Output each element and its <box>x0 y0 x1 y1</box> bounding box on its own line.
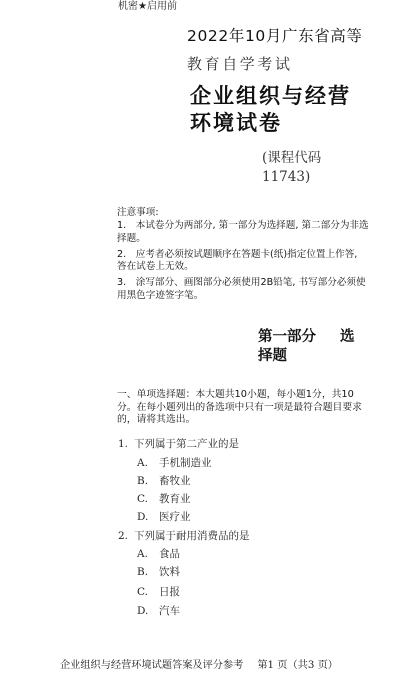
exam-notice: 注意事项: 1. 本试卷分为两部分, 第一部分为选择题, 第二部分为非选择题。 … <box>117 207 369 306</box>
option-text: 日报 <box>159 586 180 598</box>
option-2d: D.汽车 <box>137 603 180 618</box>
option-2b: B.饮料 <box>137 564 180 579</box>
option-1d: D.医疗业 <box>137 509 191 524</box>
option-letter: D. <box>137 511 159 523</box>
exam-date: 2022年10月 <box>187 27 282 45</box>
course-code: (课程代码11743) <box>262 149 342 187</box>
notice-item: 3. 涂写部分、画图部分必须使用2B铅笔, 书写部分必须使用黑色字迹签字笔。 <box>117 277 369 302</box>
option-text: 医疗业 <box>159 511 191 523</box>
option-letter: D. <box>137 605 159 617</box>
option-2c: C.日报 <box>137 584 180 599</box>
part-one-title: 第一部分选择题 <box>258 328 368 366</box>
option-letter: C. <box>137 586 159 598</box>
option-text: 手机制造业 <box>159 457 212 469</box>
option-1b: B.畜牧业 <box>137 473 191 488</box>
option-letter: C. <box>137 493 159 505</box>
confidential-label: 机密★启用前 <box>118 0 177 12</box>
option-letter: A. <box>137 457 159 469</box>
question-number: 2. <box>118 530 134 542</box>
question-text: 下列属于第二产业的是 <box>134 438 239 450</box>
option-text: 畜牧业 <box>159 475 191 487</box>
notice-heading: 注意事项: <box>117 207 369 219</box>
question-2: 2.下列属于耐用消费品的是 <box>118 528 250 543</box>
option-text: 教育业 <box>159 493 191 505</box>
option-text: 汽车 <box>159 605 180 617</box>
exam-region: 广东省高等 <box>282 27 363 45</box>
option-letter: B. <box>137 475 159 487</box>
exam-type: 教育自学考试 <box>187 53 293 74</box>
notice-item: 1. 本试卷分为两部分, 第一部分为选择题, 第二部分为非选择题。 <box>117 220 369 245</box>
option-text: 饮料 <box>159 566 180 578</box>
exam-paper-title: 企业组织与经营环境试卷 <box>190 83 360 137</box>
page-footer: 企业组织与经营环境试题答案及评分参考第1 页（共3 页） <box>60 656 338 671</box>
question-number: 1. <box>118 438 134 450</box>
part-one-label: 第一部分 <box>258 329 316 345</box>
option-letter: A. <box>137 548 159 560</box>
exam-session-title: 2022年10月广东省高等 <box>187 24 363 46</box>
question-1: 1.下列属于第二产业的是 <box>118 436 239 451</box>
option-text: 食品 <box>159 548 180 560</box>
section-instructions: 一、单项选择题：本大题共10小题，每小题1分，共10分。在每小题列出的备选项中只… <box>117 389 369 427</box>
question-text: 下列属于耐用消费品的是 <box>134 530 250 542</box>
option-1a: A.手机制造业 <box>137 455 212 470</box>
page-number: 第1 页（共3 页） <box>257 660 338 671</box>
option-2a: A.食品 <box>137 546 180 561</box>
option-1c: C.教育业 <box>137 491 191 506</box>
footer-doc-title: 企业组织与经营环境试题答案及评分参考 <box>60 660 243 671</box>
notice-item: 2. 应考者必须按试题顺序在答题卡(纸)指定位置上作答, 答在试卷上无效。 <box>117 249 369 274</box>
option-letter: B. <box>137 566 159 578</box>
